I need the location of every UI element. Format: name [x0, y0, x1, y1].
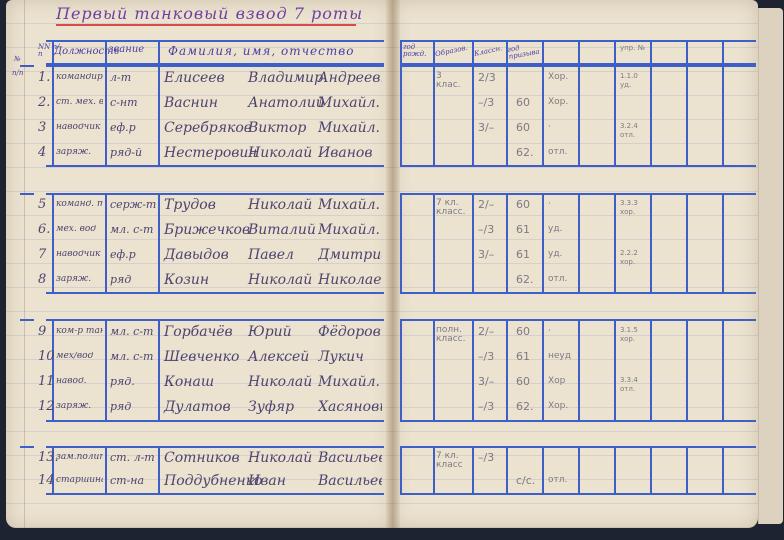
- header-col-divider-right: [722, 40, 724, 63]
- col-divider-left: [158, 446, 160, 493]
- col-divider-right: [578, 319, 580, 420]
- col-divider-right: [650, 446, 652, 493]
- col-divider-right: [542, 193, 544, 292]
- row-grade: уд.: [548, 250, 562, 259]
- row-education: 3 клас.: [436, 72, 468, 90]
- col-divider-left: [105, 193, 107, 292]
- row-position: команд. танка: [56, 200, 103, 209]
- margin-note-pp: п/п: [12, 70, 23, 77]
- col-divider-right: [472, 65, 474, 165]
- row-surname: Горбачёв: [164, 325, 233, 339]
- col-divider-right: [542, 65, 544, 165]
- row-position: старшина роты: [56, 476, 103, 485]
- page-edge: [758, 8, 783, 524]
- row-patronymic: Дмитриевич: [318, 248, 382, 262]
- row-first-name: Николай: [248, 146, 312, 160]
- col-divider-right: [578, 446, 580, 493]
- row-grade: отл.: [548, 148, 567, 157]
- row-number: 7: [38, 248, 46, 261]
- row-shooting-score: 3.1.5 хор.: [620, 326, 650, 344]
- header-col-divider-left: [158, 40, 160, 63]
- row-first-name: Виталий: [248, 223, 316, 237]
- row-surname: Елисеев: [164, 71, 225, 85]
- row-first-name: Виктор: [248, 121, 306, 135]
- margin-tick: [20, 319, 34, 321]
- col-divider-right: [542, 319, 544, 420]
- row-number: 4: [38, 146, 46, 159]
- row-grade: ·: [548, 123, 551, 132]
- row-education: 7 кл. класс: [436, 452, 468, 470]
- row-grade: ·: [548, 200, 551, 209]
- group-bottom-rule-left: [46, 493, 384, 495]
- row-surname: Серебряков: [164, 121, 252, 135]
- col-divider-right: [506, 446, 508, 493]
- col-divider-right: [433, 446, 435, 493]
- col-divider-right: [578, 65, 580, 165]
- row-surname: Сотников: [164, 451, 240, 465]
- row-first-name: Николай: [248, 273, 312, 287]
- col-divider-left: [158, 193, 160, 292]
- col-divider-left: [105, 319, 107, 420]
- col-divider-left: [52, 193, 54, 292]
- row-position: ком-р танка: [56, 327, 103, 336]
- col-divider-right: [722, 446, 724, 493]
- col-divider-right: [650, 65, 652, 165]
- row-draft-year: 62.: [516, 147, 534, 158]
- col-header-shooting: упр. №: [620, 45, 645, 52]
- row-patronymic: Васильев.: [318, 451, 382, 465]
- col-divider-right: [400, 446, 402, 493]
- col-divider-right: [686, 65, 688, 165]
- group-bottom-rule-left: [46, 165, 384, 167]
- col-divider-left: [105, 65, 107, 165]
- row-number: 8: [38, 273, 46, 286]
- row-position: командир взвода: [56, 73, 103, 82]
- margin-tick: [20, 65, 34, 67]
- col-divider-right: [506, 193, 508, 292]
- row-position: мех/вод: [56, 352, 103, 361]
- row-number: 5: [38, 198, 46, 211]
- row-patronymic: Иванов: [318, 146, 382, 160]
- margin-tick: [20, 446, 34, 448]
- row-class-qual: –/3: [478, 97, 494, 108]
- row-draft-year: 60: [516, 326, 530, 337]
- col-divider-left: [158, 319, 160, 420]
- row-class-qual: 2/3: [478, 72, 496, 83]
- row-surname: Конаш: [164, 375, 214, 389]
- row-position: навод.: [56, 377, 103, 386]
- row-rank: серж-т: [110, 199, 156, 210]
- row-class-qual: 3/–: [478, 249, 494, 260]
- row-draft-year: 61: [516, 224, 530, 235]
- row-number: 9: [38, 325, 46, 338]
- col-divider-right: [578, 193, 580, 292]
- row-class-qual: –/3: [478, 351, 494, 362]
- row-first-name: Николай: [248, 198, 312, 212]
- row-shooting-score: 3.3.4 отл.: [620, 376, 650, 394]
- row-rank: с-нт: [110, 97, 138, 108]
- group-top-rule-left: [46, 446, 384, 448]
- row-class-qual: 2/–: [478, 199, 494, 210]
- row-first-name: Юрий: [248, 325, 292, 339]
- col-divider-right: [506, 319, 508, 420]
- row-position: мех. вод: [56, 225, 103, 234]
- row-patronymic: Васильев.: [318, 474, 382, 488]
- row-grade: отл.: [548, 476, 567, 485]
- row-surname: Козин: [164, 273, 209, 287]
- row-surname: Трудов: [164, 198, 216, 212]
- row-shooting-score: 2.2.2 хор.: [620, 249, 650, 267]
- row-rank: мл. с-т: [110, 326, 153, 337]
- row-grade: отл.: [548, 275, 567, 284]
- row-rank: еф.р: [110, 122, 136, 133]
- col-divider-right: [650, 319, 652, 420]
- col-divider-right: [542, 446, 544, 493]
- row-draft-year: 61: [516, 249, 530, 260]
- row-first-name: Николай: [248, 375, 312, 389]
- col-divider-right: [686, 446, 688, 493]
- col-divider-right: [686, 193, 688, 292]
- row-rank: л-т: [110, 72, 131, 83]
- col-divider-right: [433, 65, 435, 165]
- row-rank: ст. л-т: [110, 452, 155, 463]
- row-surname: Васнин: [164, 96, 218, 110]
- col-divider-right: [472, 319, 474, 420]
- row-patronymic: Николаевич: [318, 273, 382, 287]
- row-position: заряж.: [56, 275, 103, 284]
- col-header-full-name: Фамилия, имя, отчество: [168, 45, 354, 57]
- row-draft-year: 62.: [516, 401, 534, 412]
- row-grade: Хор: [548, 377, 565, 386]
- notebook-spread: Первый танковый взвод 7 роты NN п/пДолжн…: [6, 0, 778, 532]
- col-divider-right: [686, 319, 688, 420]
- row-first-name: Анатолий: [248, 96, 325, 110]
- col-divider-right: [433, 319, 435, 420]
- col-divider-left: [52, 65, 54, 165]
- row-grade: ·: [548, 327, 551, 336]
- row-patronymic: Лукич: [318, 350, 382, 364]
- group-bottom-rule-right: [400, 493, 756, 495]
- margin-note-no: №: [14, 56, 21, 63]
- row-shooting-score: 3.2.4 отл.: [620, 122, 650, 140]
- row-rank: ряд.: [110, 376, 135, 387]
- row-rank: мл. с-т: [110, 351, 153, 362]
- col-header-birth-year: год рожд.: [403, 44, 433, 58]
- row-surname: Брижечков: [164, 223, 250, 237]
- row-rank: ряд: [110, 274, 131, 285]
- row-first-name: Зуфяр: [248, 400, 294, 414]
- group-top-rule-left: [46, 319, 384, 321]
- row-rank: еф.р: [110, 249, 136, 260]
- row-draft-year: 61: [516, 351, 530, 362]
- row-first-name: Алексей: [248, 350, 309, 364]
- row-grade: уд.: [548, 225, 562, 234]
- col-divider-right: [400, 193, 402, 292]
- row-education: полн. класс.: [436, 326, 468, 344]
- row-position: наводчик: [56, 123, 103, 132]
- row-position: наводчик: [56, 250, 103, 259]
- header-col-divider-right: [650, 40, 652, 63]
- row-rank: ряд-й: [110, 147, 142, 158]
- group-bottom-rule-right: [400, 292, 756, 294]
- row-number: 14: [38, 474, 55, 487]
- row-number: 11: [38, 375, 55, 388]
- row-surname: Дулатов: [164, 400, 231, 414]
- row-shooting-score: 3.3.3 хор.: [620, 199, 650, 217]
- row-number: 10: [38, 350, 55, 363]
- col-divider-left: [105, 446, 107, 493]
- row-class-qual: 2/–: [478, 326, 494, 337]
- row-class-qual: 3/–: [478, 122, 494, 133]
- row-draft-year: 60: [516, 376, 530, 387]
- group-top-rule-left: [46, 65, 384, 67]
- row-position: заряж.: [56, 148, 103, 157]
- group-top-rule-left: [46, 193, 384, 195]
- col-divider-right: [614, 193, 616, 292]
- row-position: зам.полит. роты: [56, 453, 103, 462]
- col-divider-right: [506, 65, 508, 165]
- row-number: 3: [38, 121, 46, 134]
- row-class-qual: 3/–: [478, 376, 494, 387]
- row-patronymic: Андреев.: [318, 71, 382, 85]
- row-first-name: Иван: [248, 474, 286, 488]
- header-col-divider-right: [686, 40, 688, 63]
- row-surname: Шевченко: [164, 350, 239, 364]
- row-grade: неуд: [548, 352, 571, 361]
- row-class-qual: –/3: [478, 224, 494, 235]
- col-divider-right: [614, 65, 616, 165]
- row-first-name: Павел: [248, 248, 294, 262]
- row-first-name: Николай: [248, 451, 312, 465]
- row-surname: Нестерович: [164, 146, 257, 160]
- header-col-divider-right: [578, 40, 580, 63]
- row-patronymic: Фёдорович: [318, 325, 382, 339]
- row-surname: Давыдов: [164, 248, 229, 262]
- col-divider-right: [472, 446, 474, 493]
- col-divider-right: [722, 193, 724, 292]
- row-patronymic: Михайл.: [318, 96, 382, 110]
- row-shooting-score: 1.1.0 уд.: [620, 72, 650, 90]
- row-rank: ст-на: [110, 475, 144, 486]
- col-header-rank: звание: [108, 45, 144, 55]
- col-divider-right: [472, 193, 474, 292]
- row-draft-year: 60: [516, 199, 530, 210]
- page-title: Первый танковый взвод 7 роты: [56, 4, 356, 26]
- row-draft-year: 62.: [516, 274, 534, 285]
- col-divider-right: [433, 193, 435, 292]
- margin-line: [24, 0, 25, 528]
- row-grade: Хор.: [548, 73, 568, 82]
- row-rank: мл. с-т: [110, 224, 153, 235]
- row-position: заряж.: [56, 402, 103, 411]
- group-bottom-rule-right: [400, 165, 756, 167]
- row-patronymic: Михайл.: [318, 198, 382, 212]
- row-number: 6.: [38, 223, 50, 236]
- row-grade: Хор.: [548, 402, 568, 411]
- row-patronymic: Михайл.: [318, 375, 382, 389]
- row-patronymic: Михайл.: [318, 223, 382, 237]
- row-class-qual: –/3: [478, 401, 494, 412]
- col-divider-right: [400, 65, 402, 165]
- row-draft-year: 60: [516, 97, 530, 108]
- col-divider-right: [614, 319, 616, 420]
- row-grade: Хор.: [548, 98, 568, 107]
- row-patronymic: Хасянович: [318, 400, 382, 414]
- col-divider-right: [614, 446, 616, 493]
- row-class-qual: –/3: [478, 452, 494, 463]
- group-bottom-rule-right: [400, 420, 756, 422]
- group-bottom-rule-left: [46, 420, 384, 422]
- row-education: 7 кл. класс.: [436, 199, 468, 217]
- col-divider-right: [722, 319, 724, 420]
- row-number: 12: [38, 400, 55, 413]
- col-divider-right: [650, 193, 652, 292]
- row-number: 1.: [38, 71, 50, 84]
- col-divider-right: [722, 65, 724, 165]
- row-position: ст. мех. водитель: [56, 98, 103, 107]
- row-patronymic: Михайл.: [318, 121, 382, 135]
- row-draft-year: с/с.: [516, 475, 535, 486]
- header-col-divider-right: [400, 40, 402, 63]
- margin-tick: [20, 193, 34, 195]
- row-first-name: Владимир: [248, 71, 323, 85]
- header-col-divider-right: [614, 40, 616, 63]
- group-bottom-rule-left: [46, 292, 384, 294]
- header-top-rule-left: [46, 40, 384, 42]
- row-number: 2.: [38, 96, 50, 109]
- row-rank: ряд: [110, 401, 131, 412]
- col-divider-right: [400, 319, 402, 420]
- book-gutter: [386, 0, 400, 528]
- col-divider-left: [158, 65, 160, 165]
- row-draft-year: 60: [516, 122, 530, 133]
